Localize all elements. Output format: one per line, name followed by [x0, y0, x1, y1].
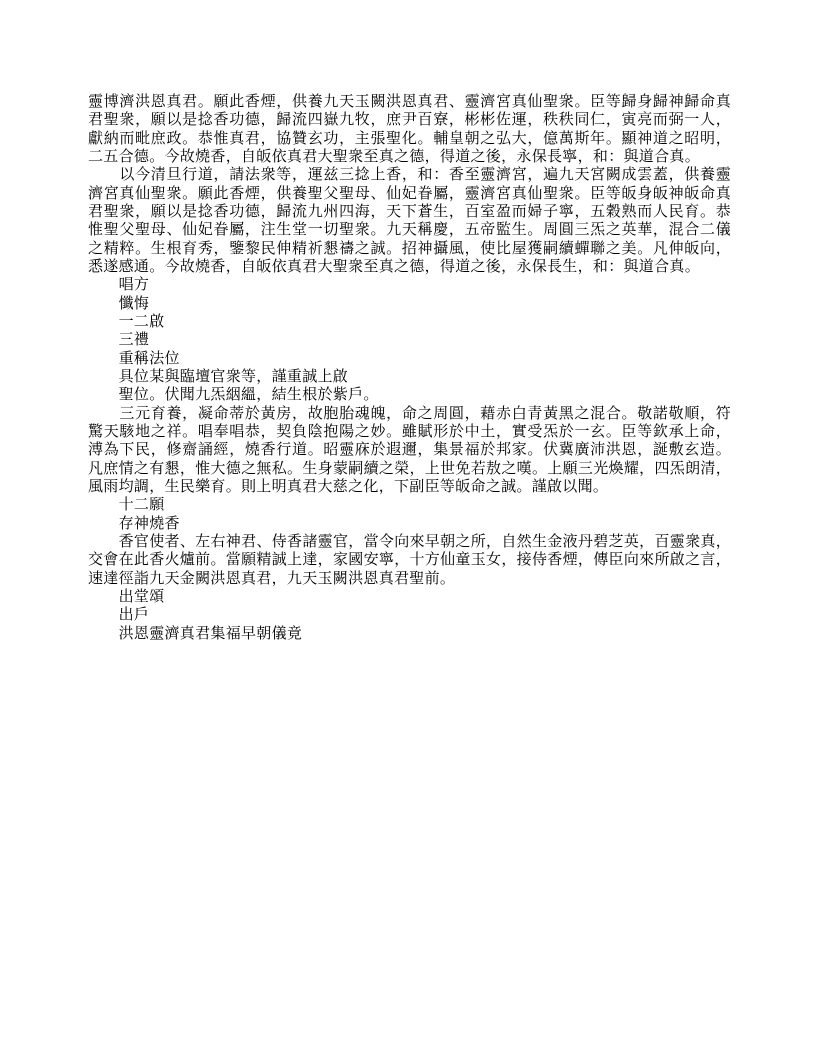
text-line: 凡庶情之有懇，惟大德之無私。生身蒙嗣續之榮，上世免若敖之嘆。上願三光煥耀，四炁朗…	[88, 460, 731, 478]
text-line: 香官使者、左右神君、侍香諸靈官，當令向來早朝之所，自然生金液丹碧芝英，百靈衆真，	[88, 533, 731, 551]
text-line: 獻納而毗庶政。恭惟真君，協贊玄功，主張聖化。輔皇朝之弘大，億萬斯年。顯神道之昭明…	[88, 130, 731, 148]
text-line: 重稱法位	[88, 350, 731, 368]
text-line: 三禮	[88, 331, 731, 349]
text-line: 以今清旦行道，請法衆等，運兹三捻上香，和：香至靈濟宮，遍九天宮闕成雲蓋，供養靈	[88, 166, 731, 184]
text-line: 出堂頌	[88, 588, 731, 606]
text-line: 具位某與臨壇官衆等，謹重誠上啟	[88, 368, 731, 386]
document-page: 靈博濟洪恩真君。願此香煙，供養九天玉闕洪恩真君、靈濟宮真仙聖衆。臣等歸身歸神歸命…	[0, 0, 816, 1056]
text-line: 君聖衆，願以是捻香功德，歸流四嶽九牧，庶尹百寮，彬彬佐運，秩秩同仁，寅亮而弼一人…	[88, 111, 731, 129]
text-line: 悉遂感通。今故燒香，自皈依真君大聖衆至真之德，得道之後，永保長生，和：與道合真。	[88, 258, 731, 276]
text-line: 溥為下民，修齋誦經，燒香行道。昭靈庥於遐邇，集景福於邦家。伏冀廣沛洪恩，誕敷玄造…	[88, 441, 731, 459]
text-line: 君聖衆，願以是捻香功德，歸流九州四海，天下蒼生，百室盈而婦子寧，五穀熟而人民育。…	[88, 203, 731, 221]
text-line: 懺悔	[88, 295, 731, 313]
text-line: 唱方	[88, 276, 731, 294]
text-line: 交會在此香火爐前。當願精誠上達，家國安寧，十方仙童玉女，接侍香煙，傳臣向來所啟之…	[88, 551, 731, 569]
text-line: 存神燒香	[88, 515, 731, 533]
text-line: 速達徑詣九天金闕洪恩真君，九天玉闕洪恩真君聖前。	[88, 570, 731, 588]
text-line: 三元育養，凝命蒂於黃房，故胞胎魂魄，命之周圓，藉赤白青黃黑之混合。敬諾敬順，符	[88, 405, 731, 423]
text-line: 聖位。伏聞九炁絪縕，結生根於紫戶。	[88, 386, 731, 404]
text-line: 惟聖父聖母、仙妃眷屬，注生堂一切聖衆。九天稱慶，五帝監生。周圓三炁之英華，混合二…	[88, 221, 731, 239]
text-line: 驚天駭地之祥。唱奉唱恭，契負陰抱陽之妙。雖賦形於中土，實受炁於一玄。臣等欽承上命…	[88, 423, 731, 441]
text-line: 十二願	[88, 496, 731, 514]
text-line: 之精粹。生根育秀，鑒黎民伸精祈懇禱之誠。招神攝風，使比屋獲嗣續蟬聯之美。凡伸皈向…	[88, 240, 731, 258]
text-line: 一二啟	[88, 313, 731, 331]
text-line: 出戶	[88, 606, 731, 624]
text-line: 濟宮真仙聖衆。願此香煙，供養聖父聖母、仙妃眷屬，靈濟宮真仙聖衆。臣等皈身皈神皈命…	[88, 185, 731, 203]
text-line: 洪恩靈濟真君集福早朝儀竟	[88, 625, 731, 643]
text-line: 靈博濟洪恩真君。願此香煙，供養九天玉闕洪恩真君、靈濟宮真仙聖衆。臣等歸身歸神歸命…	[88, 93, 731, 111]
text-line: 二五合德。今故燒香，自皈依真君大聖衆至真之德，得道之後，永保長寧，和：與道合真。	[88, 148, 731, 166]
text-line: 風雨均調，生民樂育。則上明真君大慈之化，下副臣等皈命之誠。謹啟以聞。	[88, 478, 731, 496]
text-block: 靈博濟洪恩真君。願此香煙，供養九天玉闕洪恩真君、靈濟宮真仙聖衆。臣等歸身歸神歸命…	[88, 93, 731, 643]
